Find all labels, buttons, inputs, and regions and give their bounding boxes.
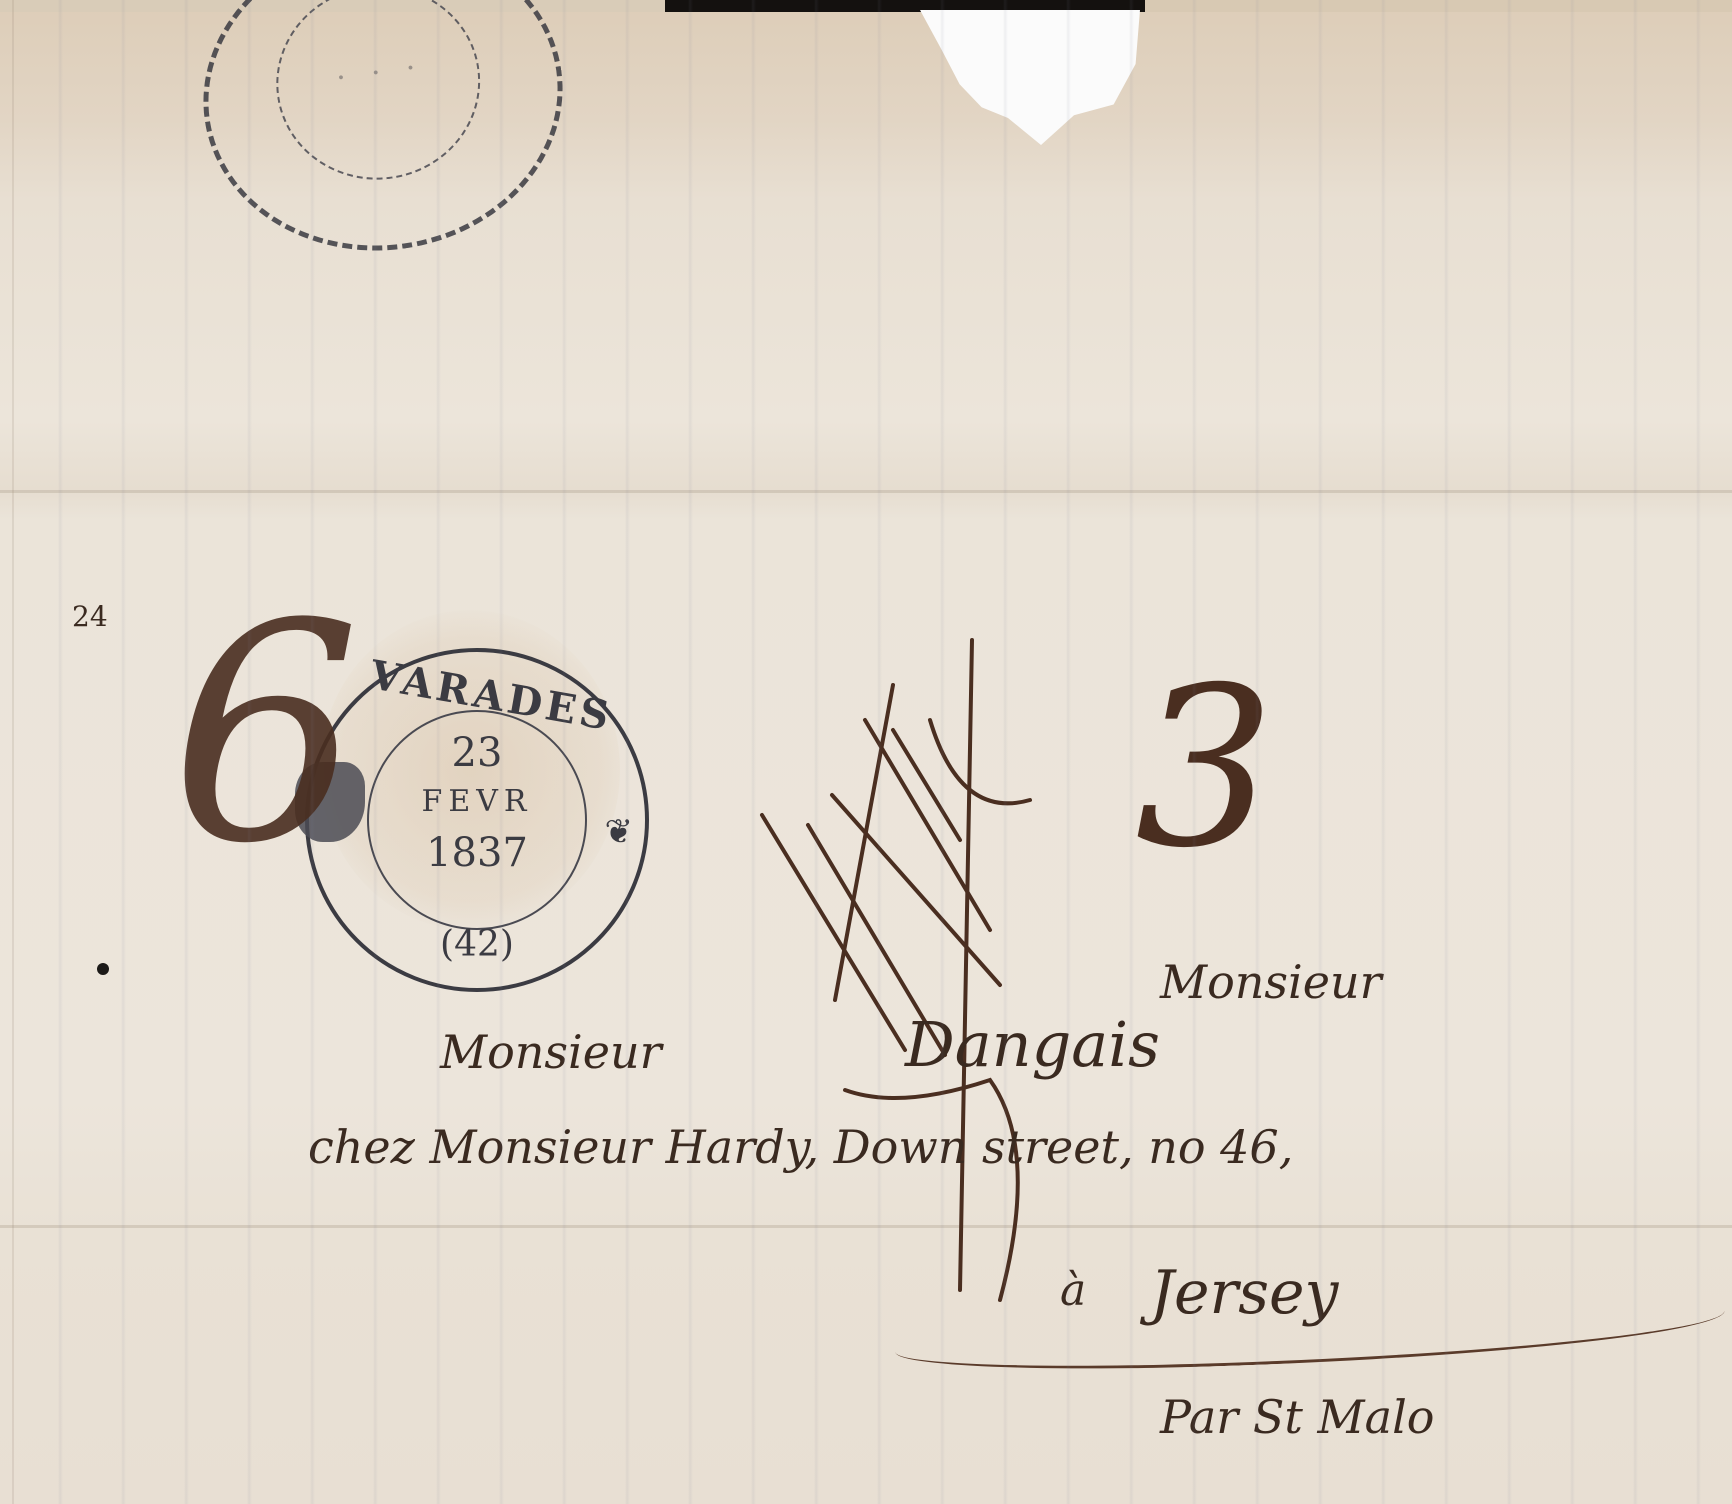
address-line-monsieur: Monsieur — [1160, 955, 1382, 1009]
manuscript-strokes — [0, 0, 1732, 1504]
address-salutation: Monsieur — [440, 1025, 662, 1079]
tax-stroke — [960, 640, 972, 1290]
ink-dot — [97, 963, 109, 975]
routing-instruction: Par St Malo — [1160, 1390, 1434, 1444]
tax-stroke — [930, 720, 1030, 803]
address-street-line: chez Monsieur Hardy, Down street, no 46, — [308, 1120, 1293, 1174]
address-recipient-name: Dangais — [905, 1008, 1160, 1081]
letter-sheet: · · · VARADES 23 FEVR 1837 (42) ❦ 24 6 3… — [0, 0, 1732, 1504]
hatch-stroke — [762, 815, 905, 1050]
tax-stroke — [845, 1080, 1018, 1300]
